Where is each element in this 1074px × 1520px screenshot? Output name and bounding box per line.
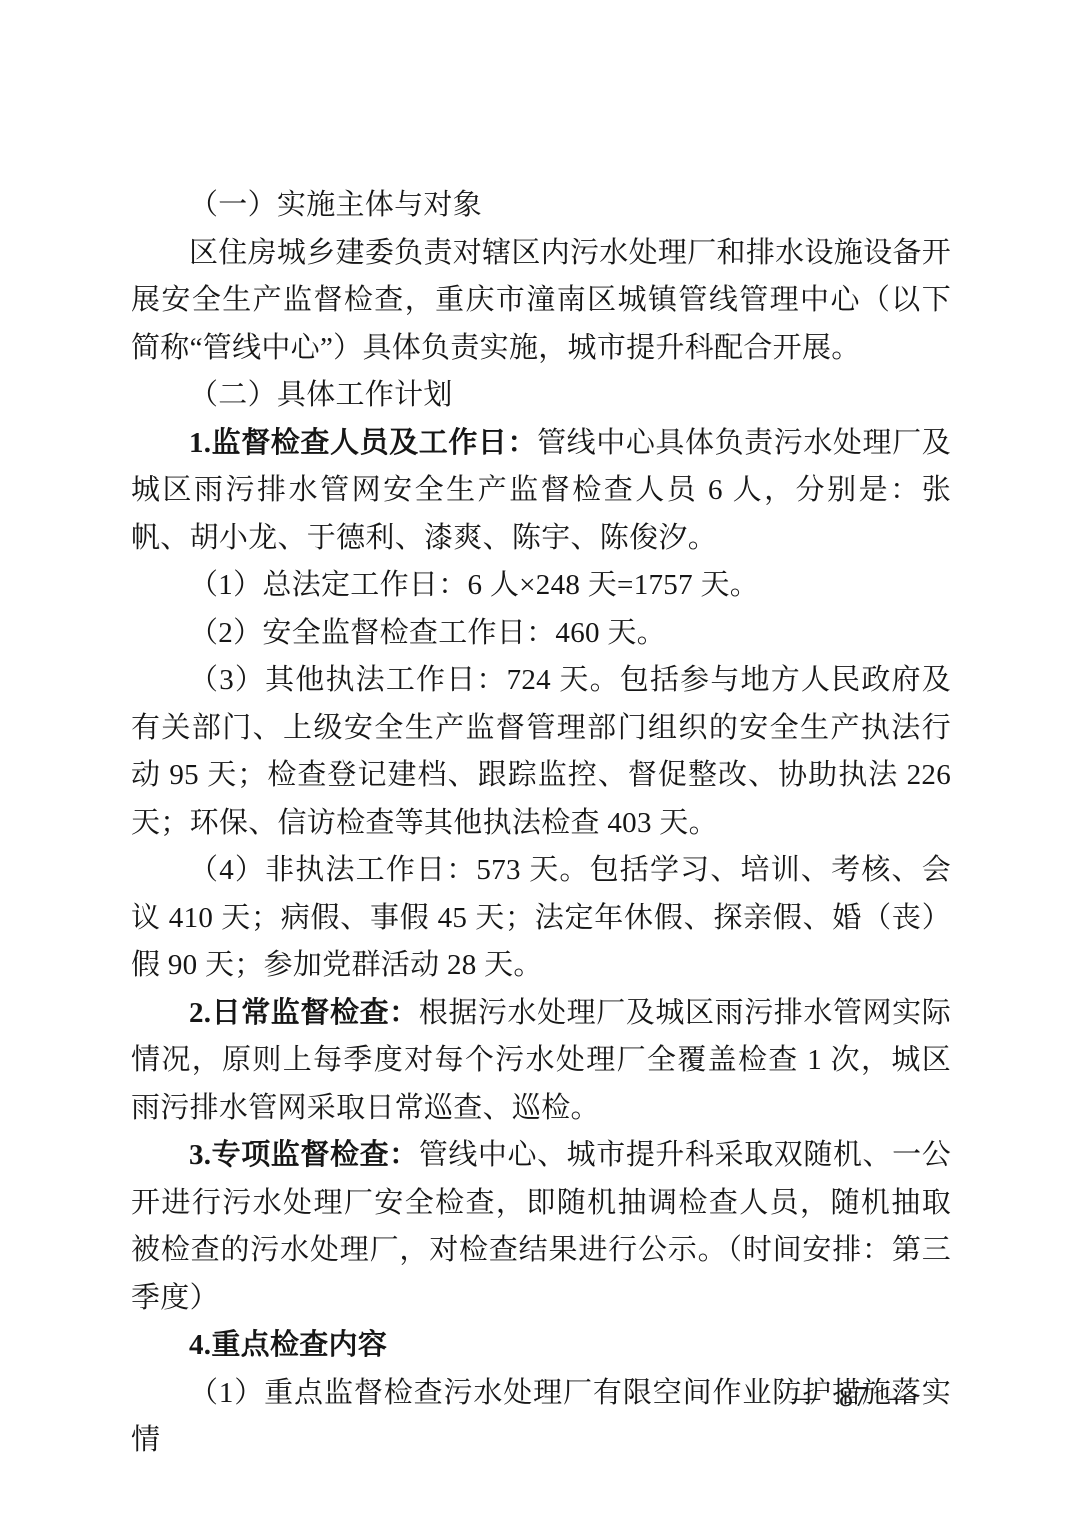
item-3-paragraph: 3.专项监督检查：管线中心、城市提升科采取双随机、一公开进行污水处理厂安全检查，… [131, 1132, 951, 1322]
item-2-lead: 2.日常监督检查： [189, 997, 419, 1029]
document-page: （一）实施主体与对象 区住房城乡建委负责对辖区内污水处理厂和排水设施设备开展安全… [0, 0, 1074, 1520]
item-1-paragraph: 1.监督检查人员及工作日：管线中心具体负责污水处理厂及城区雨污排水管网安全生产监… [131, 420, 951, 563]
section-1-paragraph: 区住房城乡建委负责对辖区内污水处理厂和排水设施设备开展安全生产监督检查，重庆市潼… [131, 230, 951, 373]
section-2-heading: （二）具体工作计划 [131, 372, 951, 420]
item-4-heading: 4.重点检查内容 [131, 1322, 951, 1370]
page-number: — 87 — [792, 1382, 916, 1414]
item-1-subitem-1: （1）总法定工作日：6 人×248 天=1757 天。 [131, 562, 951, 610]
item-2-paragraph: 2.日常监督检查：根据污水处理厂及城区雨污排水管网实际情况，原则上每季度对每个污… [131, 990, 951, 1133]
item-1-subitem-2: （2）安全监督检查工作日：460 天。 [131, 610, 951, 658]
item-1-lead: 1.监督检查人员及工作日： [189, 427, 537, 459]
item-3-lead: 3.专项监督检查： [189, 1139, 419, 1171]
section-1-heading: （一）实施主体与对象 [131, 182, 951, 230]
document-body: （一）实施主体与对象 区住房城乡建委负责对辖区内污水处理厂和排水设施设备开展安全… [131, 182, 951, 1465]
item-1-subitem-3: （3）其他执法工作日：724 天。包括参与地方人民政府及有关部门、上级安全生产监… [131, 657, 951, 847]
item-1-subitem-4: （4）非执法工作日：573 天。包括学习、培训、考核、会议 410 天；病假、事… [131, 847, 951, 990]
